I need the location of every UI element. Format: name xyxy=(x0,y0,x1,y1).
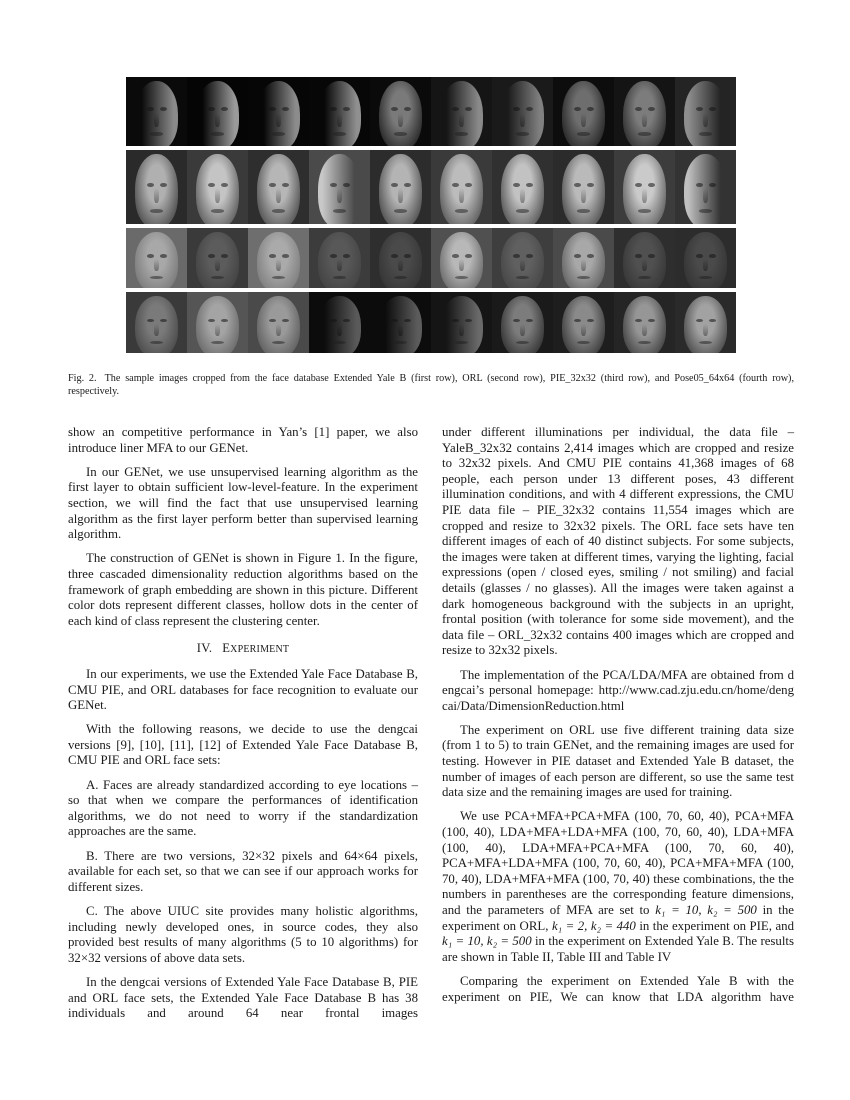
figure-caption: Fig. 2.The sample images cropped from th… xyxy=(68,372,794,398)
text-run: in the experiment on PIE, and xyxy=(636,919,794,933)
paragraph: C. The above UIUC site provides many hol… xyxy=(68,904,418,966)
face-image xyxy=(309,150,370,224)
paragraph: In the dengcai versions of Extended Yale… xyxy=(68,975,418,1022)
face-samples-figure xyxy=(126,77,736,357)
section-number: IV. xyxy=(197,641,212,655)
face-image xyxy=(553,228,614,288)
face-image xyxy=(187,292,248,353)
face-image xyxy=(431,292,492,353)
paragraph: B. There are two versions, 32×32 pixels … xyxy=(68,849,418,896)
face-image xyxy=(492,77,553,146)
face-row-pie-32x32 xyxy=(126,228,736,288)
face-image xyxy=(675,77,736,146)
face-image xyxy=(614,150,675,224)
face-row-pose05-64x64 xyxy=(126,292,736,353)
face-image xyxy=(248,292,309,353)
face-image xyxy=(309,77,370,146)
face-image xyxy=(614,292,675,353)
face-image xyxy=(492,292,553,353)
face-image xyxy=(431,228,492,288)
paragraph: under different illuminations per indivi… xyxy=(442,425,794,659)
text-run: We use PCA+MFA+PCA+MFA (100, 70, 60, 40)… xyxy=(442,809,794,917)
math-expression: k₁ = 10, k₂ = 500 xyxy=(442,934,532,948)
section-heading: IV. Experiment xyxy=(68,641,418,658)
paragraph: A. Faces are already standardized accord… xyxy=(68,778,418,840)
face-image xyxy=(126,292,187,353)
face-image xyxy=(126,150,187,224)
paragraph: The experiment on ORL use five different… xyxy=(442,723,794,801)
face-image xyxy=(431,150,492,224)
face-image xyxy=(431,77,492,146)
face-image xyxy=(492,228,553,288)
caption-text: The sample images cropped from the face … xyxy=(68,373,794,397)
face-image xyxy=(553,150,614,224)
face-image xyxy=(492,150,553,224)
face-row-orl xyxy=(126,150,736,224)
face-image xyxy=(370,292,431,353)
left-column: show an competitive performance in Yan’s… xyxy=(68,425,418,1030)
face-image xyxy=(614,228,675,288)
paragraph: Comparing the experiment on Extended Yal… xyxy=(442,974,794,1005)
face-image xyxy=(675,292,736,353)
face-image xyxy=(370,77,431,146)
paragraph: With the following reasons, we decide to… xyxy=(68,722,418,769)
math-expression: k₁ = 2, k₂ = 440 xyxy=(552,919,636,933)
paragraph: The implementation of the PCA/LDA/MFA ar… xyxy=(442,668,794,715)
face-image xyxy=(248,150,309,224)
section-title-rest: xperiment xyxy=(230,644,289,655)
figure-label: Fig. 2. xyxy=(68,373,97,384)
face-image xyxy=(248,228,309,288)
paragraph: In our experiments, we use the Extended … xyxy=(68,667,418,714)
face-image xyxy=(187,228,248,288)
face-image xyxy=(187,150,248,224)
section-title-initial: E xyxy=(222,641,230,655)
face-image xyxy=(553,77,614,146)
right-column: under different illuminations per indivi… xyxy=(442,425,794,1014)
paragraph: In our GENet, we use unsupervised learni… xyxy=(68,465,418,543)
face-image xyxy=(309,292,370,353)
face-image xyxy=(675,150,736,224)
face-image xyxy=(126,77,187,146)
face-image xyxy=(614,77,675,146)
face-image xyxy=(187,77,248,146)
paragraph: The construction of GENet is shown in Fi… xyxy=(68,551,418,629)
face-image xyxy=(553,292,614,353)
face-image xyxy=(309,228,370,288)
math-expression: k₁ = 10, k₂ = 500 xyxy=(655,903,757,917)
face-row-extended-yale-b xyxy=(126,77,736,146)
face-image xyxy=(248,77,309,146)
paragraph: show an competitive performance in Yan’s… xyxy=(68,425,418,456)
face-image xyxy=(370,228,431,288)
face-image xyxy=(675,228,736,288)
paragraph: We use PCA+MFA+PCA+MFA (100, 70, 60, 40)… xyxy=(442,809,794,965)
face-image xyxy=(126,228,187,288)
face-image xyxy=(370,150,431,224)
